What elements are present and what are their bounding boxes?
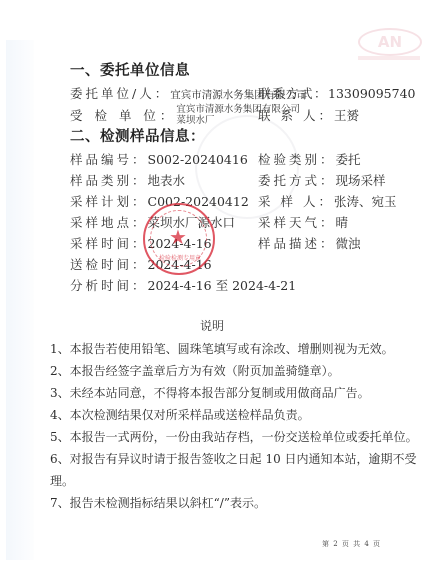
- section-client-info-title: 一、委托单位信息: [70, 59, 190, 80]
- inspection-type-value: 委托: [336, 152, 361, 167]
- sampler-label: 采 样 人：: [258, 194, 334, 209]
- sampler-row: 采 样 人：张涛、宛玉: [258, 192, 396, 210]
- note-item: 4、本次检测结果仅对所采样品或送检样品负责。: [50, 406, 310, 423]
- binding-edge: [6, 40, 34, 560]
- note-item: 理。: [50, 472, 74, 489]
- sample-category-label: 样品类别：: [70, 173, 148, 188]
- sampling-plan-label: 采样计划：: [70, 194, 148, 209]
- note-item: 5、本报告一式两份，一份由我站存档，一份交送检单位或委托单位。: [50, 428, 418, 445]
- inspection-type-row: 检验类别：委托: [258, 150, 361, 168]
- sample-description-row: 样品描述：微浊: [258, 234, 361, 252]
- note-item: 3、未经本站同意，不得将本报告部分复制或用做商品广告。: [50, 384, 370, 401]
- contact-person-label: 联 系 人：: [258, 108, 334, 123]
- contact-method-value: 13309095740: [328, 86, 415, 101]
- report-page: AN 一、委托单位信息 委托单位/人：宜宾市清源水务集团有限公司 联系方式：13…: [0, 0, 435, 580]
- analysis-time-value: 2024-4-16 至 2024-4-21: [148, 278, 297, 293]
- contact-person-row: 联 系 人：王赟: [258, 106, 359, 124]
- weather-value: 晴: [336, 215, 349, 230]
- inspection-type-label: 检验类别：: [258, 152, 336, 167]
- sampler-value: 张涛、宛玉: [334, 194, 397, 209]
- analysis-time-label: 分析时间：: [70, 278, 148, 293]
- contact-method-label: 联系方式：: [258, 86, 328, 101]
- sample-description-label: 样品描述：: [258, 236, 336, 251]
- star-icon: ★: [169, 227, 187, 247]
- note-item: 6、对报告有异议时请于报告签收之日起 10 日内通知本站，逾期不受: [50, 450, 417, 467]
- sampling-time-label: 采样时间：: [70, 236, 148, 251]
- sample-id-row: 样品编号：S002-20240416: [70, 150, 248, 168]
- client-label: 委托单位/人：: [70, 86, 170, 101]
- commission-method-label: 委托方式：: [258, 173, 336, 188]
- weather-label: 采样天气：: [258, 215, 336, 230]
- weather-row: 采样天气：晴: [258, 213, 348, 231]
- logo-subtitle: [358, 56, 420, 60]
- contact-method-row: 联系方式：13309095740: [258, 84, 416, 102]
- sampling-location-label: 采样地点：: [70, 215, 148, 230]
- sample-id-label: 样品编号：: [70, 152, 148, 167]
- analysis-time-row: 分析时间：2024-4-16 至 2024-4-21: [70, 276, 296, 294]
- commission-method-value: 现场采样: [336, 173, 386, 188]
- note-item: 1、本报告若使用铅笔、圆珠笔填写或有涂改、增删则视为无效。: [50, 340, 394, 357]
- commission-method-row: 委托方式：现场采样: [258, 171, 386, 189]
- sample-id-value: S002-20240416: [148, 152, 248, 167]
- section-sample-info-title: 二、检测样品信息：: [70, 125, 205, 146]
- sample-description-value: 微浊: [336, 236, 361, 251]
- notes-title: 说明: [200, 317, 224, 334]
- submission-time-label: 送检时间：: [70, 257, 148, 272]
- contact-person-value: 王赟: [334, 108, 359, 123]
- sample-category-row: 样品类别：地表水: [70, 171, 185, 189]
- page-indicator: 第 2 页 共 4 页: [322, 539, 381, 549]
- note-item: 2、本报告经签字盖章后方为有效（附页加盖骑缝章）。: [50, 362, 340, 379]
- stamp-text: 检验检测专用章: [157, 253, 203, 262]
- note-item: 7、报告未检测指标结果以斜杠“/”表示。: [50, 494, 266, 511]
- official-seal-stamp: ★ 检验检测专用章: [143, 203, 215, 275]
- sample-category-value: 地表水: [148, 173, 186, 188]
- inspected-unit-label: 受 检 单 位：: [70, 108, 176, 123]
- logo-watermark: AN: [358, 28, 422, 56]
